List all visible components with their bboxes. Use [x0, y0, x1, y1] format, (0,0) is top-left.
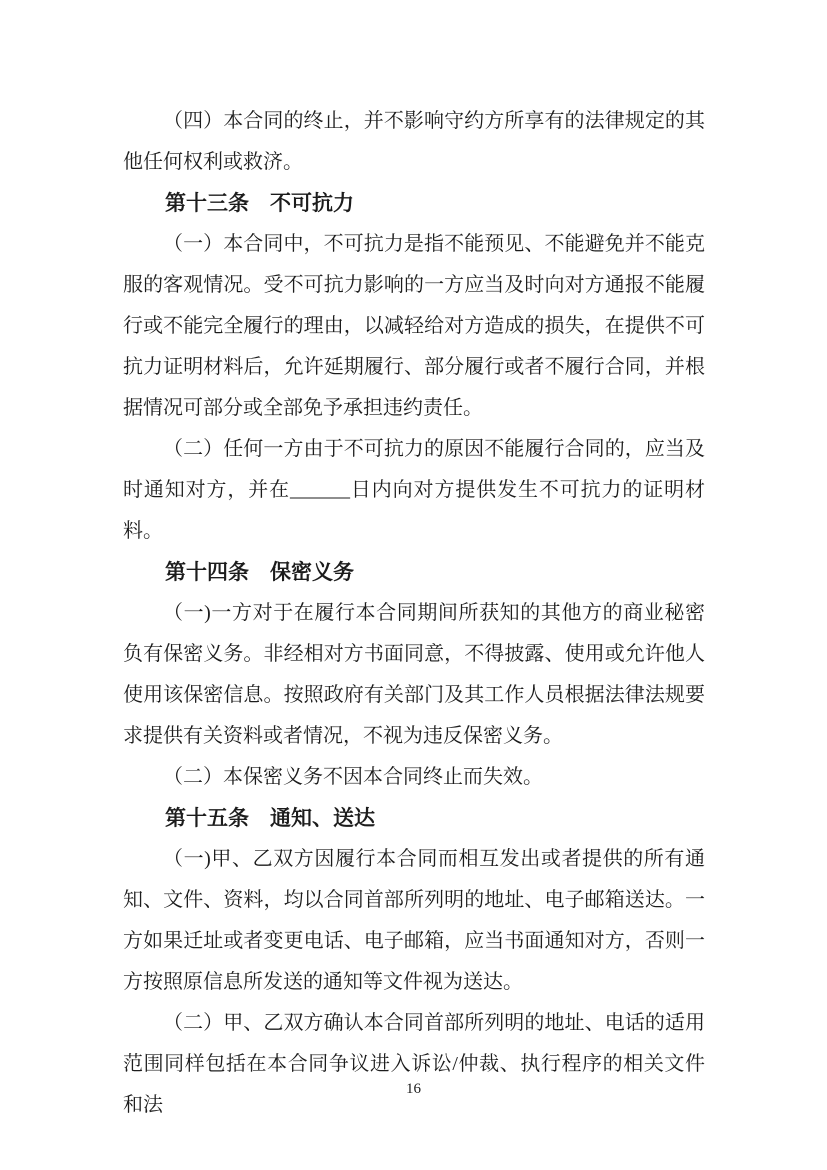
contract-paragraph: （二）任何一方由于不可抗力的原因不能履行合同的，应当及时通知对方，并在_____… [123, 429, 705, 552]
contract-paragraph: （一)甲、乙双方因履行本合同而相互发出或者提供的所有通知、文件、资料，均以合同首… [123, 839, 705, 1003]
contract-paragraph: （四）本合同的终止，并不影响守约方所享有的法律规定的其他任何权利或救济。 [123, 101, 705, 183]
page-number: 16 [0, 1080, 827, 1098]
article-heading: 第十三条 不可抗力 [123, 183, 705, 224]
document-page: （四）本合同的终止，并不影响守约方所享有的法律规定的其他任何权利或救济。第十三条… [0, 0, 827, 1170]
article-heading: 第十五条 通知、送达 [123, 798, 705, 839]
article-heading: 第十四条 保密义务 [123, 552, 705, 593]
contract-paragraph: （一)一方对于在履行本合同期间所获知的其他方的商业秘密负有保密义务。非经相对方书… [123, 593, 705, 757]
contract-paragraph: （一）本合同中，不可抗力是指不能预见、不能避免并不能克服的客观情况。受不可抗力影… [123, 224, 705, 429]
contract-body: （四）本合同的终止，并不影响守约方所享有的法律规定的其他任何权利或救济。第十三条… [123, 101, 705, 1126]
contract-paragraph: （二）本保密义务不因本合同终止而失效。 [123, 757, 705, 798]
contract-paragraph: （二）甲、乙双方确认本合同首部所列明的地址、电话的适用范围同样包括在本合同争议进… [123, 1003, 705, 1126]
